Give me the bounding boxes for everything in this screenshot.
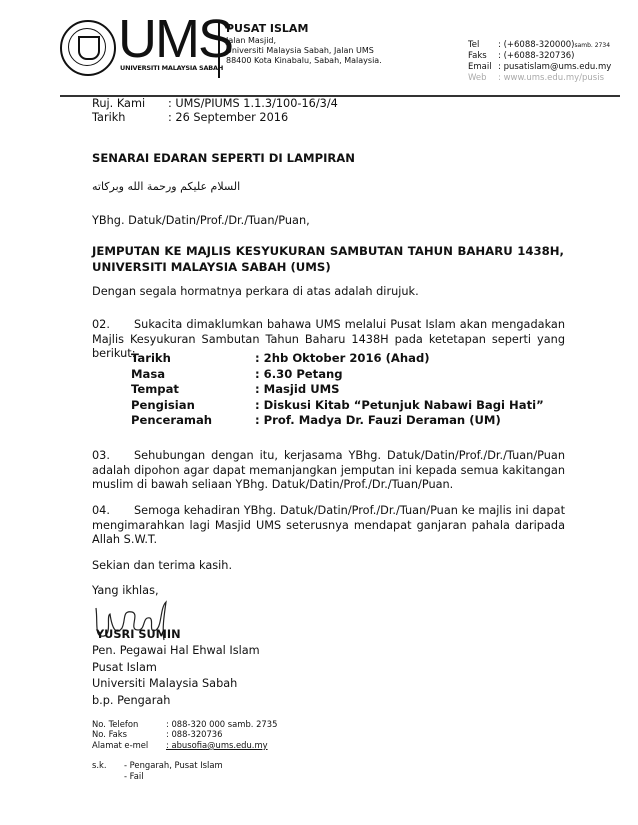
reference-block: Ruj. Kami: UMS/PIUMS 1.1.3/100-16/3/4 Ta… [92,97,338,125]
signer-title-block: Pen. Pegawai Hal Ehwal Islam Pusat Islam… [92,643,260,709]
closing-line: Sekian dan terima kasih. [92,559,232,572]
ums-seal-logo [60,20,116,76]
letterhead-contact: Tel: (+6088-320000) samb. 2734 Faks: (+6… [468,40,611,84]
recipient-line: SENARAI EDARAN SEPERTI DI LAMPIRAN [92,151,355,165]
ums-logo-subtitle: UNIVERSITI MALAYSIA SABAH [120,64,223,72]
detail-row: Tempat: Masjid UMS [131,382,544,398]
sign-off: Yang ikhlas, [92,584,159,597]
salutation: YBhg. Datuk/Datin/Prof./Dr./Tuan/Puan, [92,214,310,227]
arabic-greeting: السلام عليكم ورحمة الله وبركاته [92,180,240,193]
letterhead-web: : www.ums.edu.my/pusis [498,73,604,84]
letter-date: : 26 September 2016 [168,111,288,125]
detail-row: Pengisian: Diskusi Kitab “Petunjuk Nabaw… [131,398,544,414]
footer-email-link[interactable]: : abusofia@ums.edu.my [166,740,268,750]
reference-number: : UMS/PIUMS 1.1.3/100-16/3/4 [168,97,338,111]
paragraph-04: 04.Semoga kehadiran YBhg. Datuk/Datin/Pr… [92,504,565,548]
detail-row: Penceramah: Prof. Madya Dr. Fauzi Derama… [131,413,544,429]
paragraph-03: 03.Sehubungan dengan itu, kerjasama YBhg… [92,449,565,493]
detail-row: Tarikh: 2hb Oktober 2016 (Ahad) [131,351,544,367]
copy-to-block: s.k.- Pengarah, Pusat Islam - Fail [92,760,223,781]
department-address: Jalan Masjid, Universiti Malaysia Sabah,… [226,36,382,66]
intro-paragraph: Dengan segala hormatnya perkara di atas … [92,285,419,298]
signer-name: YUSRI SUMIN [96,628,181,641]
letterhead-email: : pusatislam@ums.edu.my [498,62,611,73]
event-details: Tarikh: 2hb Oktober 2016 (Ahad) Masa: 6.… [131,351,544,429]
letterhead-divider [218,20,220,78]
footer-contact: No. Telefon: 088-320 000 samb. 2735 No. … [92,719,277,750]
department-name: PUSAT ISLAM [226,22,308,35]
detail-row: Masa: 6.30 Petang [131,367,544,383]
ums-logo-text: UMS [118,12,232,66]
letter-subject: JEMPUTAN KE MAJLIS KESYUKURAN SAMBUTAN T… [92,243,564,275]
